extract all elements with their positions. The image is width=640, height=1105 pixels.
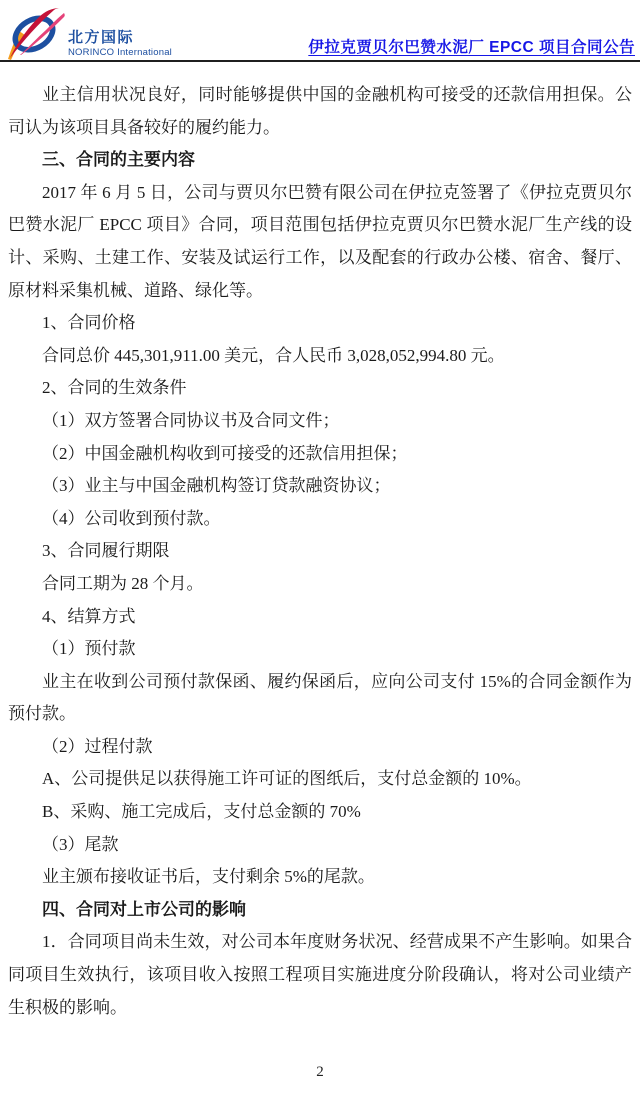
brand-text: 北方国际 NORINCO International [68,29,172,60]
document-title: 伊拉克贾贝尔巴赞水泥厂 EPCC 项目合同公告 [308,35,635,60]
paragraph: 4、结算方式 [8,601,632,634]
paragraph: （2）中国金融机构收到可接受的还款信用担保； [8,438,632,471]
paragraph: 2、合同的生效条件 [8,372,632,405]
paragraph: 业主在收到公司预付款保函、履约保函后，应向公司支付 15%的合同金额作为预付款。 [8,666,632,731]
paragraph: A、公司提供足以获得施工许可证的图纸后，支付总金额的 10%。 [8,763,632,796]
paragraph: （4）公司收到预付款。 [8,503,632,536]
paragraph: 合同总价 445,301,911.00 美元，合人民币 3,028,052,99… [8,340,632,373]
paragraph: B、采购、施工完成后，支付总金额的 70% [8,796,632,829]
company-logo: 北方国际 NORINCO International [8,6,172,60]
paragraph: 合同工期为 28 个月。 [8,568,632,601]
page-header: 北方国际 NORINCO International 伊拉克贾贝尔巴赞水泥厂 E… [0,0,640,62]
paragraph: （1）预付款 [8,633,632,666]
brand-name-en: NORINCO International [68,47,172,59]
page-footer: 2 [0,1064,640,1081]
paragraph: （2）过程付款 [8,731,632,764]
paragraph: 业主信用状况良好，同时能够提供中国的金融机构可接受的还款信用担保。公司认为该项目… [8,79,632,144]
page-number: 2 [316,1064,324,1080]
section-heading: 三、合同的主要内容 [8,144,632,177]
paragraph: （3）尾款 [8,829,632,862]
paragraph: （1）双方签署合同协议书及合同文件； [8,405,632,438]
document-page: 北方国际 NORINCO International 伊拉克贾贝尔巴赞水泥厂 E… [0,0,640,1105]
paragraph: 业主颁布接收证书后，支付剩余 5%的尾款。 [8,861,632,894]
brand-name-cn: 北方国际 [68,29,172,47]
document-body: 业主信用状况良好，同时能够提供中国的金融机构可接受的还款信用担保。公司认为该项目… [0,62,640,1024]
paragraph: （3）业主与中国金融机构签订贷款融资协议； [8,470,632,503]
norinco-logo-icon [8,6,66,60]
paragraph: 2017 年 6 月 5 日，公司与贾贝尔巴赞有限公司在伊拉克签署了《伊拉克贾贝… [8,177,632,307]
paragraph: 3、合同履行期限 [8,535,632,568]
paragraph: 1．合同项目尚未生效，对公司本年度财务状况、经营成果不产生影响。如果合同项目生效… [8,926,632,1024]
paragraph: 1、合同价格 [8,307,632,340]
section-heading: 四、合同对上市公司的影响 [8,894,632,927]
